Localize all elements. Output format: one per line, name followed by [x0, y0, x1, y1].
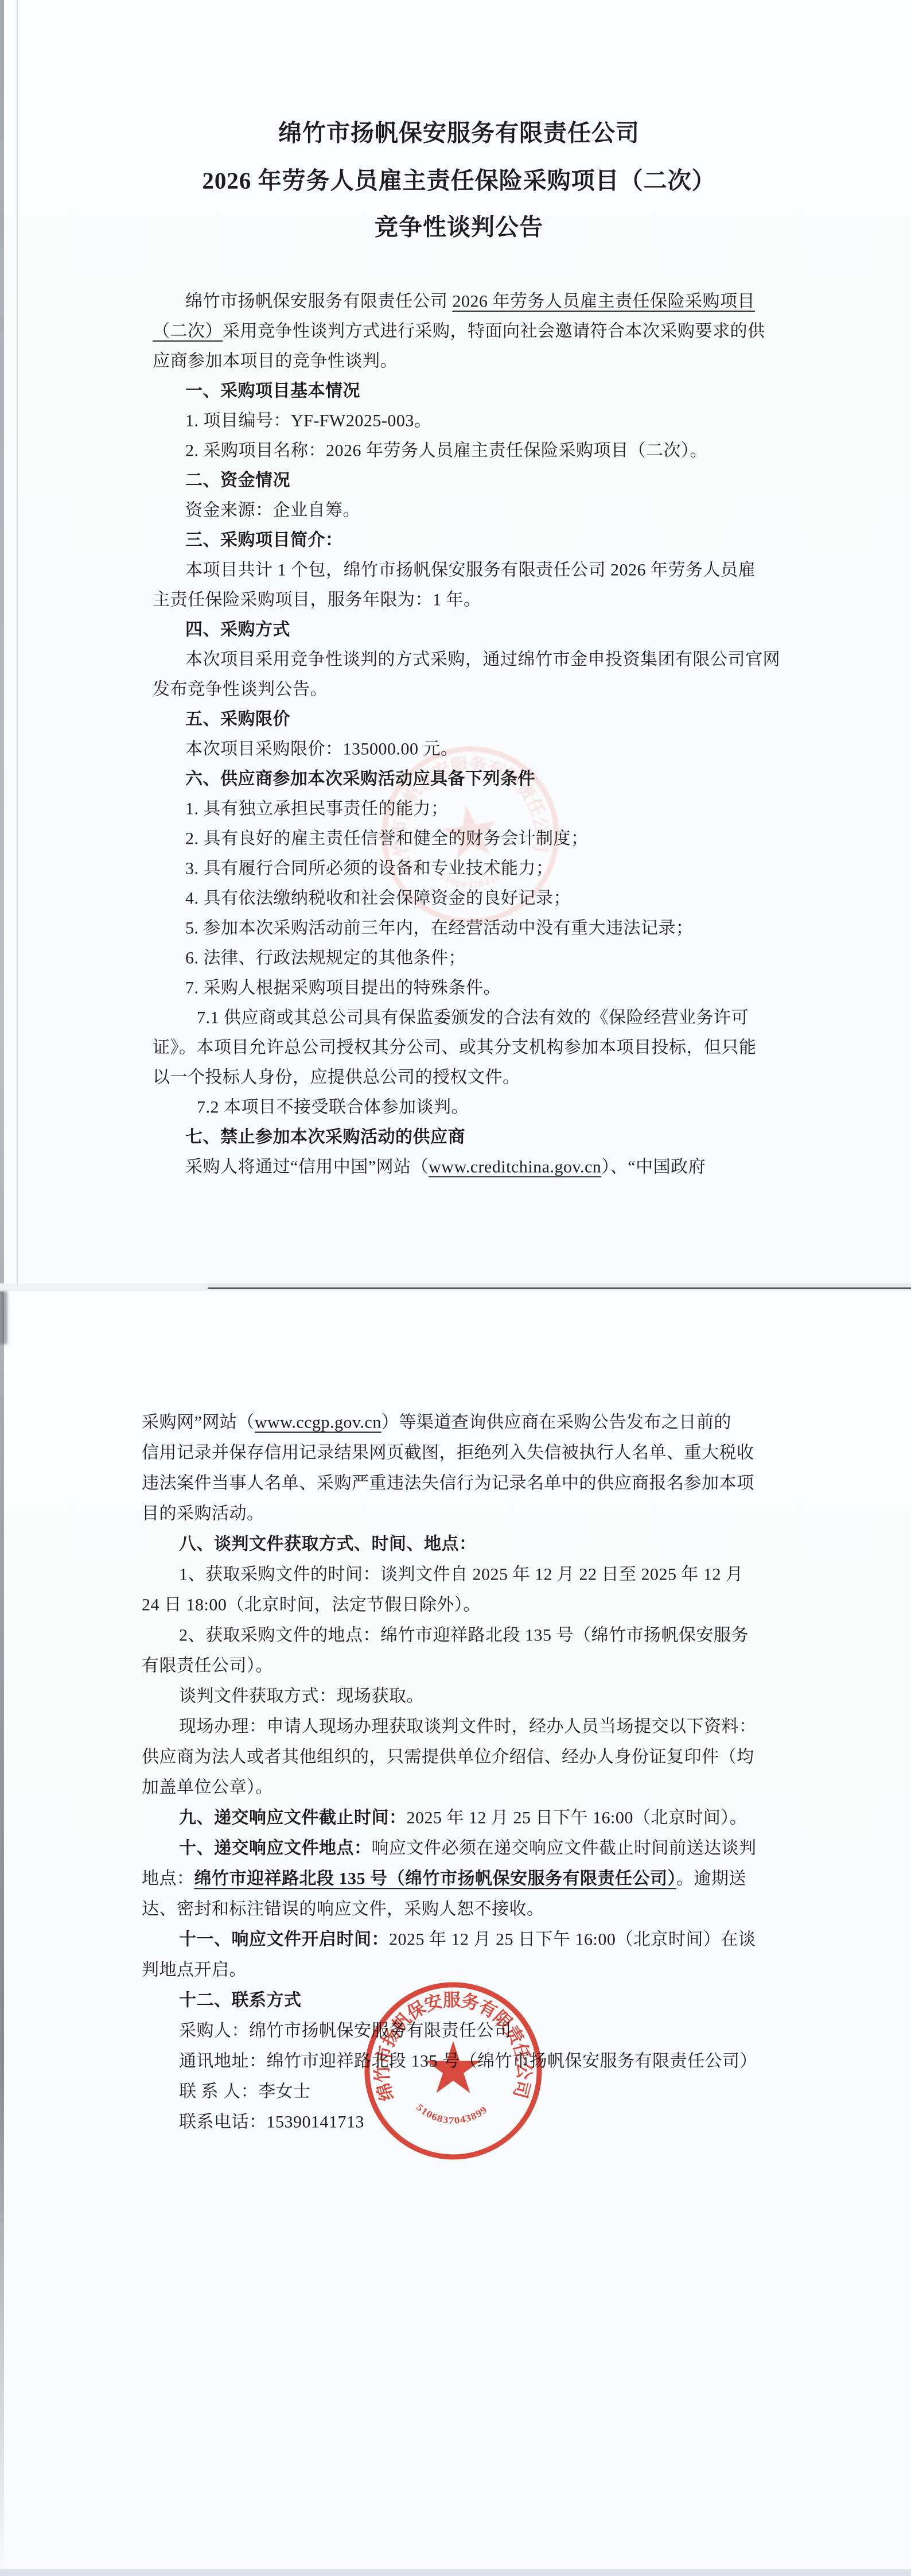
page-1: 绵竹市扬帆保安服务有限责任公司2026 年劳务人员雇主责任保险采购项目（二次）竞…: [0, 0, 911, 1289]
section-12-heading: 十二、联系方式: [179, 1989, 302, 2011]
section-8-heading: 八、谈判文件获取方式、时间、地点：: [179, 1533, 477, 1555]
doc-line: 信用记录并保存信用记录结果网页截图，拒绝列入失信被执行人名单、重大税收: [142, 1442, 754, 1464]
doc-line: 加盖单位公章）。: [142, 1776, 273, 1798]
doc-line: 地点：绵竹市迎祥路北段 135 号（绵竹市扬帆保安服务有限责任公司）。逾期送: [142, 1868, 746, 1890]
doc-line: 应商参加本项目的竞争性谈判。: [153, 350, 398, 372]
doc-line: 本项目共计 1 个包，绵竹市扬帆保安服务有限责任公司 2026 年劳务人员雇: [185, 559, 756, 581]
doc-line: 供应商为法人或者其他组织的，只需提供单位介绍信、经办人身份证复印件（均: [142, 1746, 754, 1768]
company-seal-bleedthrough: 绵竹市扬帆保安服务有限责任公司 5106837043899: [334, 699, 606, 971]
scanner-edge-line: [17, 0, 18, 1287]
doc-line: 本次项目采用竞争性谈判的方式采购，通过绵竹市金申投资集团有限公司官网: [185, 649, 780, 670]
doc-line: 谈判文件获取方式：现场获取。: [179, 1685, 424, 1707]
doc-line: 采购网”网站（www.ccgp.gov.cn）等渠道查询供应商在采购公告发布之日…: [142, 1411, 731, 1433]
doc-line: 2. 采购项目名称：2026 年劳务人员雇主责任保险采购项目（二次）。: [185, 440, 707, 461]
section-1-heading: 一、采购项目基本情况: [185, 380, 360, 402]
svg-text:5106837043899: 5106837043899: [436, 861, 514, 895]
section-5-heading: 五、采购限价: [185, 708, 290, 730]
doc-line: 目的采购活动。: [142, 1503, 264, 1524]
seal-number-text: 5106837043899: [436, 861, 514, 895]
doc-title-line-3: 竞争性谈判公告: [138, 212, 780, 242]
section-4-heading: 四、采购方式: [185, 619, 290, 641]
doc-line: 有限责任公司）。: [142, 1655, 273, 1677]
doc-line: 采购人将通过“信用中国”网站（www.creditchina.gov.cn）、“…: [185, 1156, 706, 1178]
company-seal: 绵竹市扬帆保安服务有限责任公司 5106837043899: [333, 1950, 574, 2191]
doc-line: 7.2 本项目不接受联合体参加谈判。: [197, 1096, 469, 1118]
doc-title-line-2: 2026 年劳务人员雇主责任保险采购项目（二次）: [138, 166, 780, 195]
doc-line: 主责任保险采购项目，服务年限为：1 年。: [153, 589, 481, 611]
doc-line: 绵竹市扬帆保安服务有限责任公司 2026 年劳务人员雇主责任保险采购项目: [185, 290, 755, 312]
doc-line: 2、获取采购文件的地点：绵竹市迎祥路北段 135 号（绵竹市扬帆保安服务: [179, 1624, 749, 1646]
seal-star-icon: [426, 2041, 480, 2093]
page-divider: [208, 1287, 911, 1289]
doc-title-line-1: 绵竹市扬帆保安服务有限责任公司: [138, 118, 780, 148]
doc-line: （二次）采用竞争性谈判方式进行采购，特面向社会邀请符合本次采购要求的供: [153, 320, 765, 342]
doc-line: 资金来源：企业自筹。: [185, 499, 360, 521]
section-10-heading: 十、递交响应文件地点：响应文件必须在递交响应文件截止时间前送达谈判: [179, 1837, 757, 1859]
doc-line: 判地点开启。: [142, 1959, 247, 1981]
page-2: 采购网”网站（www.ccgp.gov.cn）等渠道查询供应商在采购公告发布之日…: [0, 1290, 911, 2576]
doc-line: 以一个投标人身份，应提供总公司的授权文件。: [153, 1066, 520, 1088]
doc-line: 24 日 18:00（北京时间，法定节假日除外）。: [142, 1594, 481, 1616]
doc-line: 达、密封和标注错误的响应文件，采购人恕不接收。: [142, 1898, 544, 1920]
seal-number-text: 5106837043899: [414, 2102, 489, 2126]
doc-line: 现场办理：申请人现场办理获取谈判文件时，经办人员当场提交以下资料：: [179, 1716, 757, 1737]
scanner-corner-shadow: [0, 1291, 7, 1344]
section-9-heading: 九、递交响应文件截止时间：2025 年 12 月 25 日下午 16:00（北京…: [179, 1807, 747, 1829]
doc-line: 7.1 供应商或其总公司具有保监委颁发的合法有效的《保险经营业务许可: [197, 1007, 749, 1029]
contact-person: 联 系 人：李女士: [179, 2081, 311, 2102]
scanned-document: 绵竹市扬帆保安服务有限责任公司2026 年劳务人员雇主责任保险采购项目（二次）竞…: [0, 0, 911, 2576]
section-7-heading: 七、禁止参加本次采购活动的供应商: [185, 1126, 465, 1148]
doc-line: 发布竞争性谈判公告。: [153, 678, 328, 700]
scan-bottom-edge: [0, 2569, 911, 2576]
svg-text:5106837043899: 5106837043899: [414, 2102, 489, 2126]
doc-line: 违法案件当事人名单、采购严重违法失信行为记录名单中的供应商报名参加本项: [142, 1472, 754, 1494]
doc-line: 7. 采购人根据采购项目提出的特殊条件。: [185, 977, 501, 999]
doc-line: 1、获取采购文件的时间：谈判文件自 2025 年 12 月 22 日至 2025…: [179, 1564, 743, 1585]
section-11-heading: 十一、响应文件开启时间：2025 年 12 月 25 日下午 16:00（北京时…: [179, 1929, 756, 1950]
doc-line: 证》。本项目允许总公司授权其分公司、或其分支机构参加本项目投标，但只能: [153, 1037, 757, 1058]
doc-line: 1. 项目编号：YF-FW2025-003。: [185, 410, 431, 432]
section-2-heading: 二、资金情况: [185, 470, 290, 491]
seal-star-icon: [439, 802, 501, 861]
section-3-heading: 三、采购项目简介：: [185, 529, 343, 551]
